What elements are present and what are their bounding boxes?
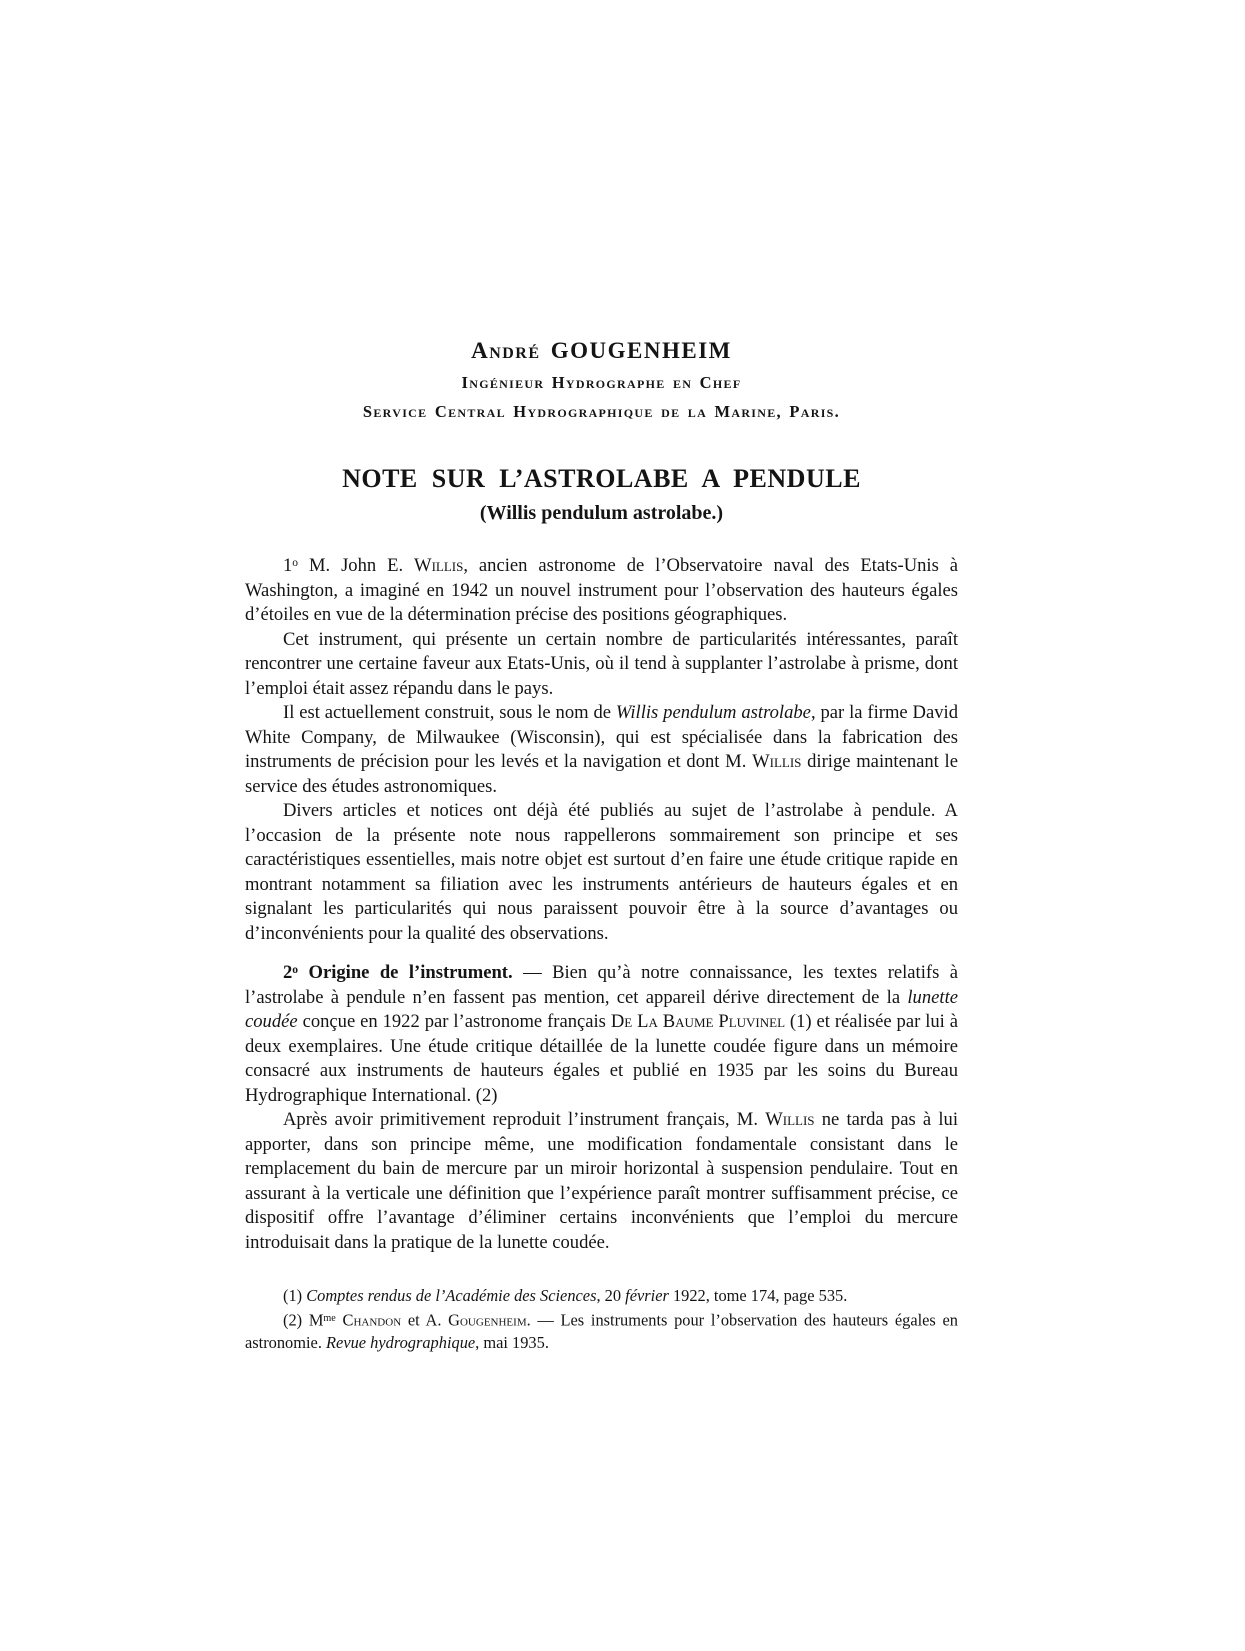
footnotes: (1) Comptes rendus de l’Académie des Sci… — [245, 1285, 958, 1353]
body-paragraph-3: Il est actuellement construit, sous le n… — [245, 701, 958, 799]
body-paragraph-5-section-origine: 2o Origine de l’instrument. — Bien qu’à … — [245, 958, 958, 1108]
text-column: André GOUGENHEIM Ingénieur Hydrographe e… — [245, 338, 958, 1354]
document-page: André GOUGENHEIM Ingénieur Hydrographe e… — [0, 0, 1245, 1651]
footnote-1: (1) Comptes rendus de l’Académie des Sci… — [245, 1285, 958, 1307]
document-body: 1o M. John E. Willis, ancien astronome d… — [245, 551, 958, 1255]
page-title: NOTE SUR L’ASTROLABE A PENDULE — [245, 464, 958, 494]
author-name: André GOUGENHEIM — [245, 338, 958, 364]
body-paragraph-4: Divers articles et notices ont déjà été … — [245, 799, 958, 946]
author-affiliation: Service Central Hydrographique de la Mar… — [245, 402, 958, 422]
body-paragraph-6: Après avoir primitivement reproduit l’in… — [245, 1108, 958, 1255]
author-role: Ingénieur Hydrographe en Chef — [245, 373, 958, 393]
body-paragraph-2: Cet instrument, qui présente un certain … — [245, 628, 958, 702]
footnote-2: (2) Mme Chandon et A. Gougenheim. — Les … — [245, 1308, 958, 1354]
body-paragraph-1: 1o M. John E. Willis, ancien astronome d… — [245, 551, 958, 628]
page-subtitle: (Willis pendulum astrolabe.) — [245, 502, 958, 525]
document-header: André GOUGENHEIM Ingénieur Hydrographe e… — [245, 338, 958, 422]
